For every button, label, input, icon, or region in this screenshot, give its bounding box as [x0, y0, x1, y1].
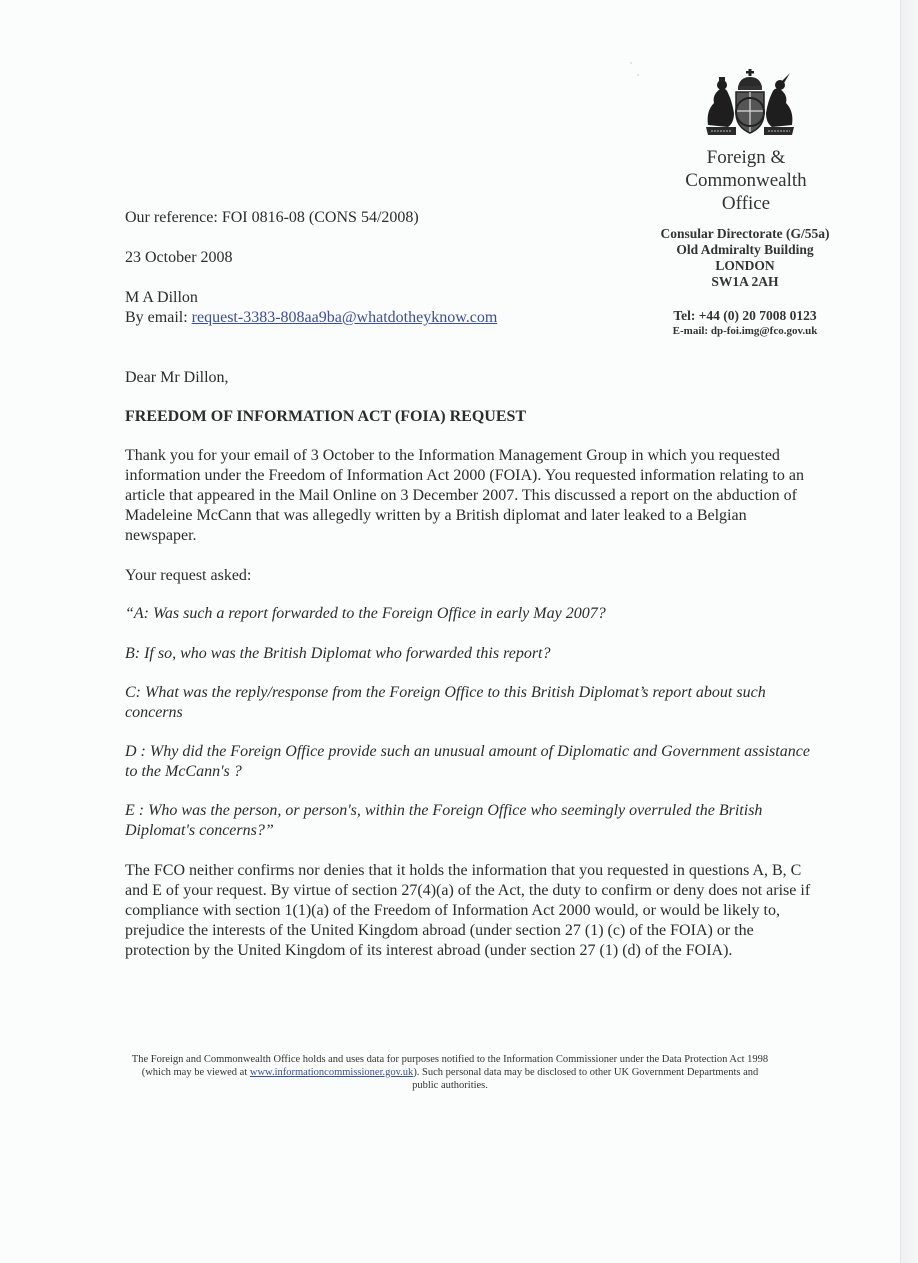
contact-email: E-mail: dp-foi.img@fco.gov.uk — [640, 324, 850, 338]
recipient-email-line: By email: request-3383-808aa9ba@whatdoth… — [125, 308, 497, 328]
scan-speck — [637, 74, 639, 76]
recipient-email-link[interactable]: request-3383-808aa9ba@whatdotheyknow.com — [192, 309, 498, 326]
footer-text-after: ). Such personal data may be disclosed t… — [412, 1067, 758, 1091]
question-c: C: What was the reply/response from the … — [125, 683, 815, 723]
org-line: Office — [660, 192, 832, 215]
address-line: SW1A 2AH — [640, 274, 850, 290]
question-d: D : Why did the Foreign Office provide s… — [125, 742, 815, 782]
scan-speck — [630, 62, 632, 64]
letter-date: 23 October 2008 — [125, 248, 233, 268]
request-intro: Your request asked: — [125, 566, 251, 586]
salutation: Dear Mr Dillon, — [125, 368, 229, 388]
paragraph-intro: Thank you for your email of 3 October to… — [125, 446, 815, 546]
telephone: Tel: +44 (0) 20 7008 0123 — [640, 308, 850, 324]
recipient-block: M A Dillon By email: request-3383-808aa9… — [125, 288, 497, 328]
sender-address: Consular Directorate (G/55a) Old Admiral… — [640, 226, 850, 290]
paragraph-response: The FCO neither confirms nor denies that… — [125, 861, 815, 961]
question-b: B: If so, who was the British Diplomat w… — [125, 644, 815, 664]
information-commissioner-link[interactable]: www.informationcommissioner.gov.uk — [250, 1067, 413, 1078]
org-line: Commonwealth — [660, 169, 832, 192]
recipient-name: M A Dillon — [125, 288, 497, 308]
by-email-label: By email: — [125, 309, 192, 326]
letter-heading: FREEDOM OF INFORMATION ACT (FOIA) REQUES… — [125, 407, 526, 427]
address-line: Old Admiralty Building — [640, 242, 850, 258]
data-protection-footer: The Foreign and Commonwealth Office hold… — [130, 1053, 770, 1092]
letter-page: Foreign & Commonwealth Office Consular D… — [0, 0, 901, 1263]
question-a: “A: Was such a report forwarded to the F… — [125, 604, 815, 624]
address-line: LONDON — [640, 258, 850, 274]
org-line: Foreign & — [660, 146, 832, 169]
sender-contact: Tel: +44 (0) 20 7008 0123 E-mail: dp-foi… — [640, 308, 850, 338]
scan-page-edge — [901, 0, 918, 1263]
organisation-name: Foreign & Commonwealth Office — [660, 146, 832, 215]
our-reference: Our reference: FOI 0816-08 (CONS 54/2008… — [125, 208, 419, 228]
question-e: E : Who was the person, or person's, wit… — [125, 801, 815, 841]
royal-coat-of-arms-icon — [702, 67, 798, 139]
address-line: Consular Directorate (G/55a) — [640, 226, 850, 242]
